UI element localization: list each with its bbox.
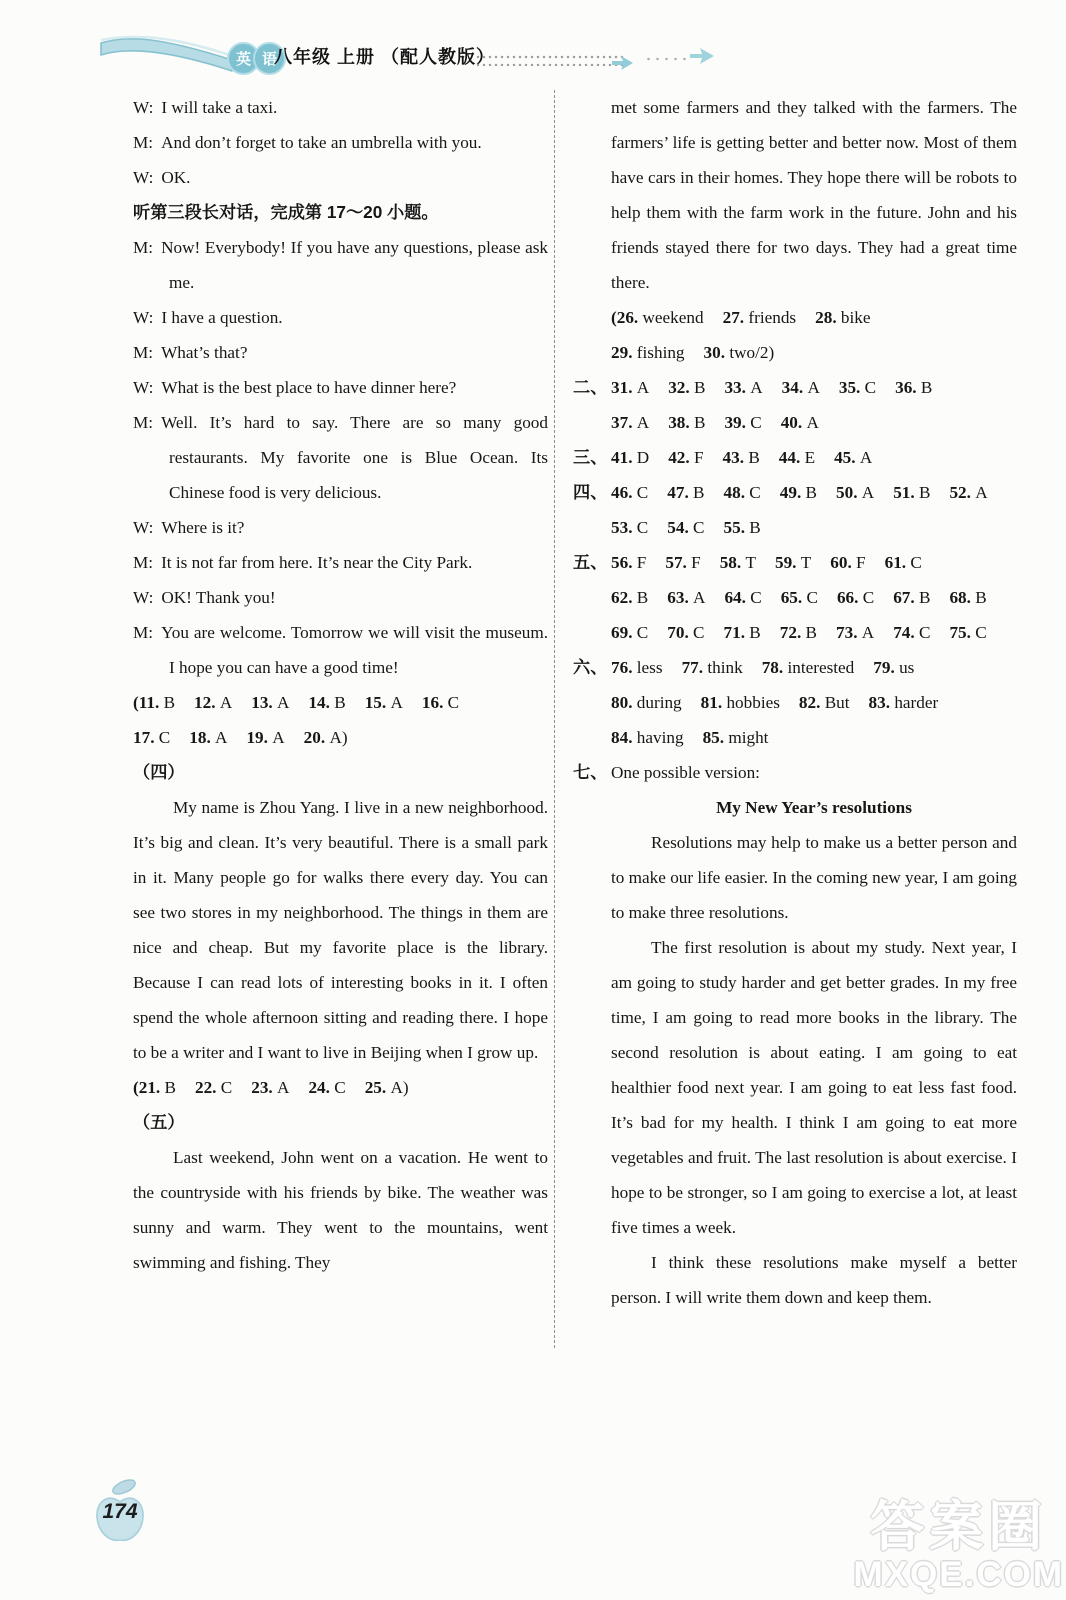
answer-item: 53. C [611, 518, 648, 537]
answer-line: (11. B12. A13. A14. B15. A16. C [133, 685, 548, 720]
section-marker: 四、 [573, 475, 611, 510]
answer-item: 46. C [611, 483, 648, 502]
answer-line: 二、31. A32. B33. A34. A35. C36. B [611, 370, 1017, 405]
page-number: 174 [90, 1500, 150, 1524]
answer-line: 三、41. D42. F43. B44. E45. A [611, 440, 1017, 475]
answer-item: 56. F [611, 553, 646, 572]
answer-item: (21. B [133, 1078, 176, 1097]
section-marker: 六、 [573, 650, 611, 685]
listening-passage-5-continued: met some farmers and they talked with th… [611, 90, 1017, 300]
answer-section: 七、One possible version: [611, 755, 1017, 790]
answer-item: 44. E [779, 448, 815, 467]
answer-line: 80. during81. hobbies82. But83. harder [611, 685, 1017, 720]
essay-paragraph: Resolutions may help to make us a better… [611, 825, 1017, 930]
speaker-label: W: [133, 308, 153, 327]
answer-line: 62. B63. A64. C65. C66. C67. B68. B [611, 580, 1017, 615]
dialogue-line: W:What is the best place to have dinner … [133, 370, 548, 405]
dialogue-line: M:Now! Everybody! If you have any questi… [133, 230, 548, 300]
essay-title: My New Year’s resolutions [611, 790, 1017, 825]
dialogue-line: M:It is not far from here. It’s near the… [133, 545, 548, 580]
speaker-label: W: [133, 518, 153, 537]
answer-item: 74. C [893, 623, 930, 642]
answers-26-30: (26. weekend27. friends28. bike29. fishi… [611, 300, 1017, 370]
answer-line: 四、46. C47. B48. C49. B50. A51. B52. A [611, 475, 1017, 510]
answer-item: 85. might [703, 728, 769, 747]
answer-line: 五、56. F57. F58. T59. T60. F61. C [611, 545, 1017, 580]
speaker-label: M: [133, 623, 153, 642]
arrow-icon [690, 47, 714, 65]
answer-line: 29. fishing30. two/2) [611, 335, 1017, 370]
answer-item: 84. having [611, 728, 684, 747]
answer-item: 27. friends [723, 308, 797, 327]
answer-item: 40. A [781, 413, 819, 432]
speaker-label: W: [133, 588, 153, 607]
answer-item: 17. C [133, 728, 170, 747]
section-marker: 七、 [573, 755, 611, 790]
answer-line: 17. C18. A19. A20. A) [133, 720, 548, 755]
answer-item: 32. B [668, 378, 705, 397]
answer-item: 82. But [799, 693, 850, 712]
essay-paragraph: The first resolution is about my study. … [611, 930, 1017, 1245]
content-columns: W:I will take a taxi.M:And don’t forget … [133, 90, 1017, 1348]
answer-item: 15. A [365, 693, 403, 712]
dotted-line-decoration [644, 56, 688, 62]
answer-item: 41. D [611, 448, 649, 467]
answer-item: 81. hobbies [701, 693, 780, 712]
left-column: W:I will take a taxi.M:And don’t forget … [133, 90, 548, 1348]
edition-title: 八年级 上册 （配人教版） [274, 43, 495, 69]
answer-item: 16. C [422, 693, 459, 712]
answer-item: 80. during [611, 693, 682, 712]
answer-item: (26. weekend [611, 308, 704, 327]
answer-item: 70. C [667, 623, 704, 642]
answer-item: 18. A [189, 728, 227, 747]
answer-item: 20. A) [304, 728, 348, 747]
answers-11-20: (11. B12. A13. A14. B15. A16. C17. C18. … [133, 685, 548, 755]
answer-item: 13. A [251, 693, 289, 712]
answer-item: 24. C [308, 1078, 345, 1097]
right-column: met some farmers and they talked with th… [611, 90, 1017, 1348]
speaker-label: W: [133, 98, 153, 117]
section-marker: 二、 [573, 370, 611, 405]
speaker-label: M: [133, 553, 153, 572]
listening-instruction: 听第三段长对话，完成第 17～20 小题。 [133, 195, 548, 230]
dialogue-line: M:And don’t forget to take an umbrella w… [133, 125, 548, 160]
answer-item: 83. harder [869, 693, 939, 712]
answer-item: (11. B [133, 693, 175, 712]
answer-item: 57. F [665, 553, 700, 572]
answer-item: 77. think [682, 658, 743, 677]
answer-item: 14. B [308, 693, 345, 712]
answer-item: 55. B [724, 518, 761, 537]
answer-item: 43. B [723, 448, 760, 467]
watermark-chinese: 答案圈 [854, 1499, 1064, 1556]
dialogue-line: W:OK! Thank you! [133, 580, 548, 615]
answer-item: 64. C [724, 588, 761, 607]
answer-item: 45. A [834, 448, 872, 467]
answer-item: 28. bike [815, 308, 870, 327]
answer-item: 68. B [949, 588, 986, 607]
answer-item: 76. less [611, 658, 663, 677]
answer-item: 79. us [873, 658, 914, 677]
answer-section: 五、56. F57. F58. T59. T60. F61. C62. B63.… [611, 545, 1017, 650]
answer-line: (21. B22. C23. A24. C25. A) [133, 1070, 548, 1105]
answer-item: 34. A [782, 378, 820, 397]
section-marker: 三、 [573, 440, 611, 475]
answer-item: 23. A [251, 1078, 289, 1097]
answer-item: 42. F [668, 448, 703, 467]
answer-item: 69. C [611, 623, 648, 642]
answer-item: 22. C [195, 1078, 232, 1097]
answer-item: 65. C [781, 588, 818, 607]
column-divider [554, 90, 555, 1348]
speaker-label: M: [133, 238, 153, 257]
answer-item: 72. B [780, 623, 817, 642]
arrow-icon [612, 55, 634, 71]
answer-item: 75. C [949, 623, 986, 642]
answer-item: 49. B [780, 483, 817, 502]
answer-item: 67. B [893, 588, 930, 607]
speaker-label: M: [133, 133, 153, 152]
answer-section: 六、76. less77. think78. interested79. us8… [611, 650, 1017, 755]
dotted-line-decoration [475, 53, 625, 66]
answer-item: 51. B [893, 483, 930, 502]
answer-item: 66. C [837, 588, 874, 607]
dialogue-line: M:You are welcome. Tomorrow we will visi… [133, 615, 548, 685]
answer-item: 33. A [724, 378, 762, 397]
dialogue-block: M:Now! Everybody! If you have any questi… [133, 230, 548, 685]
answer-item: 31. A [611, 378, 649, 397]
answer-section: 二、31. A32. B33. A34. A35. C36. B37. A38.… [611, 370, 1017, 440]
answer-line: 84. having85. might [611, 720, 1017, 755]
answer-item: 30. two/2) [704, 343, 775, 362]
speaker-label: W: [133, 378, 153, 397]
listening-passage-4: My name is Zhou Yang. I live in a new ne… [133, 790, 548, 1070]
speaker-label: W: [133, 168, 153, 187]
answer-item: 37. A [611, 413, 649, 432]
answer-section: 四、46. C47. B48. C49. B50. A51. B52. A53.… [611, 475, 1017, 545]
answer-line: 69. C70. C71. B72. B73. A74. C75. C [611, 615, 1017, 650]
section-5-label: （五） [133, 1105, 548, 1140]
essay-paragraph: I think these resolutions make myself a … [611, 1245, 1017, 1315]
dialogue-line: W:I have a question. [133, 300, 548, 335]
answer-item: 48. C [724, 483, 761, 502]
answer-item: 58. T [720, 553, 756, 572]
answer-item: 35. C [839, 378, 876, 397]
answer-item: 78. interested [762, 658, 855, 677]
section-text-line: 七、One possible version: [611, 755, 1017, 790]
answer-item: 61. C [885, 553, 922, 572]
answer-item: 12. A [194, 693, 232, 712]
answer-section: 三、41. D42. F43. B44. E45. A [611, 440, 1017, 475]
answer-item: 38. B [668, 413, 705, 432]
watermark-site: MXQE.COM [854, 1557, 1064, 1594]
watermark: 答案圈 MXQE.COM [854, 1499, 1064, 1594]
swoosh-ribbon-icon [96, 33, 236, 75]
section-marker: 五、 [573, 545, 611, 580]
answer-item: 29. fishing [611, 343, 685, 362]
page-number-badge: 174 [90, 1474, 150, 1554]
answer-line: 37. A38. B39. C40. A [611, 405, 1017, 440]
answer-line: (26. weekend27. friends28. bike [611, 300, 1017, 335]
answers-21-25: (21. B22. C23. A24. C25. A) [133, 1070, 548, 1105]
dialogue-line: W:I will take a taxi. [133, 90, 548, 125]
answer-item: 52. A [949, 483, 987, 502]
dialogue-line: W:Where is it? [133, 510, 548, 545]
dialogue-block: W:I will take a taxi.M:And don’t forget … [133, 90, 548, 195]
section-4-label: （四） [133, 755, 548, 790]
dialogue-line: M:Well. It’s hard to say. There are so m… [133, 405, 548, 510]
speaker-label: M: [133, 413, 153, 432]
answer-item: 59. T [775, 553, 811, 572]
answer-item: 50. A [836, 483, 874, 502]
answer-item: 39. C [724, 413, 761, 432]
answer-item: 60. F [830, 553, 865, 572]
answer-item: 47. B [667, 483, 704, 502]
answer-item: 71. B [724, 623, 761, 642]
answer-line: 53. C54. C55. B [611, 510, 1017, 545]
book-page: 英 语 八年级 上册 （配人教版） W:I will take a taxi.M… [0, 0, 1066, 1600]
answer-sections: 二、31. A32. B33. A34. A35. C36. B37. A38.… [611, 370, 1017, 790]
answer-item: 36. B [895, 378, 932, 397]
answer-item: 62. B [611, 588, 648, 607]
answer-item: 19. A [246, 728, 284, 747]
answer-item: 63. A [667, 588, 705, 607]
answer-item: 73. A [836, 623, 874, 642]
dialogue-line: W:OK. [133, 160, 548, 195]
speaker-label: M: [133, 343, 153, 362]
dialogue-line: M:What’s that? [133, 335, 548, 370]
answer-item: 25. A) [365, 1078, 409, 1097]
answer-item: 54. C [667, 518, 704, 537]
answer-line: 六、76. less77. think78. interested79. us [611, 650, 1017, 685]
listening-passage-5: Last weekend, John went on a vacation. H… [133, 1140, 548, 1280]
